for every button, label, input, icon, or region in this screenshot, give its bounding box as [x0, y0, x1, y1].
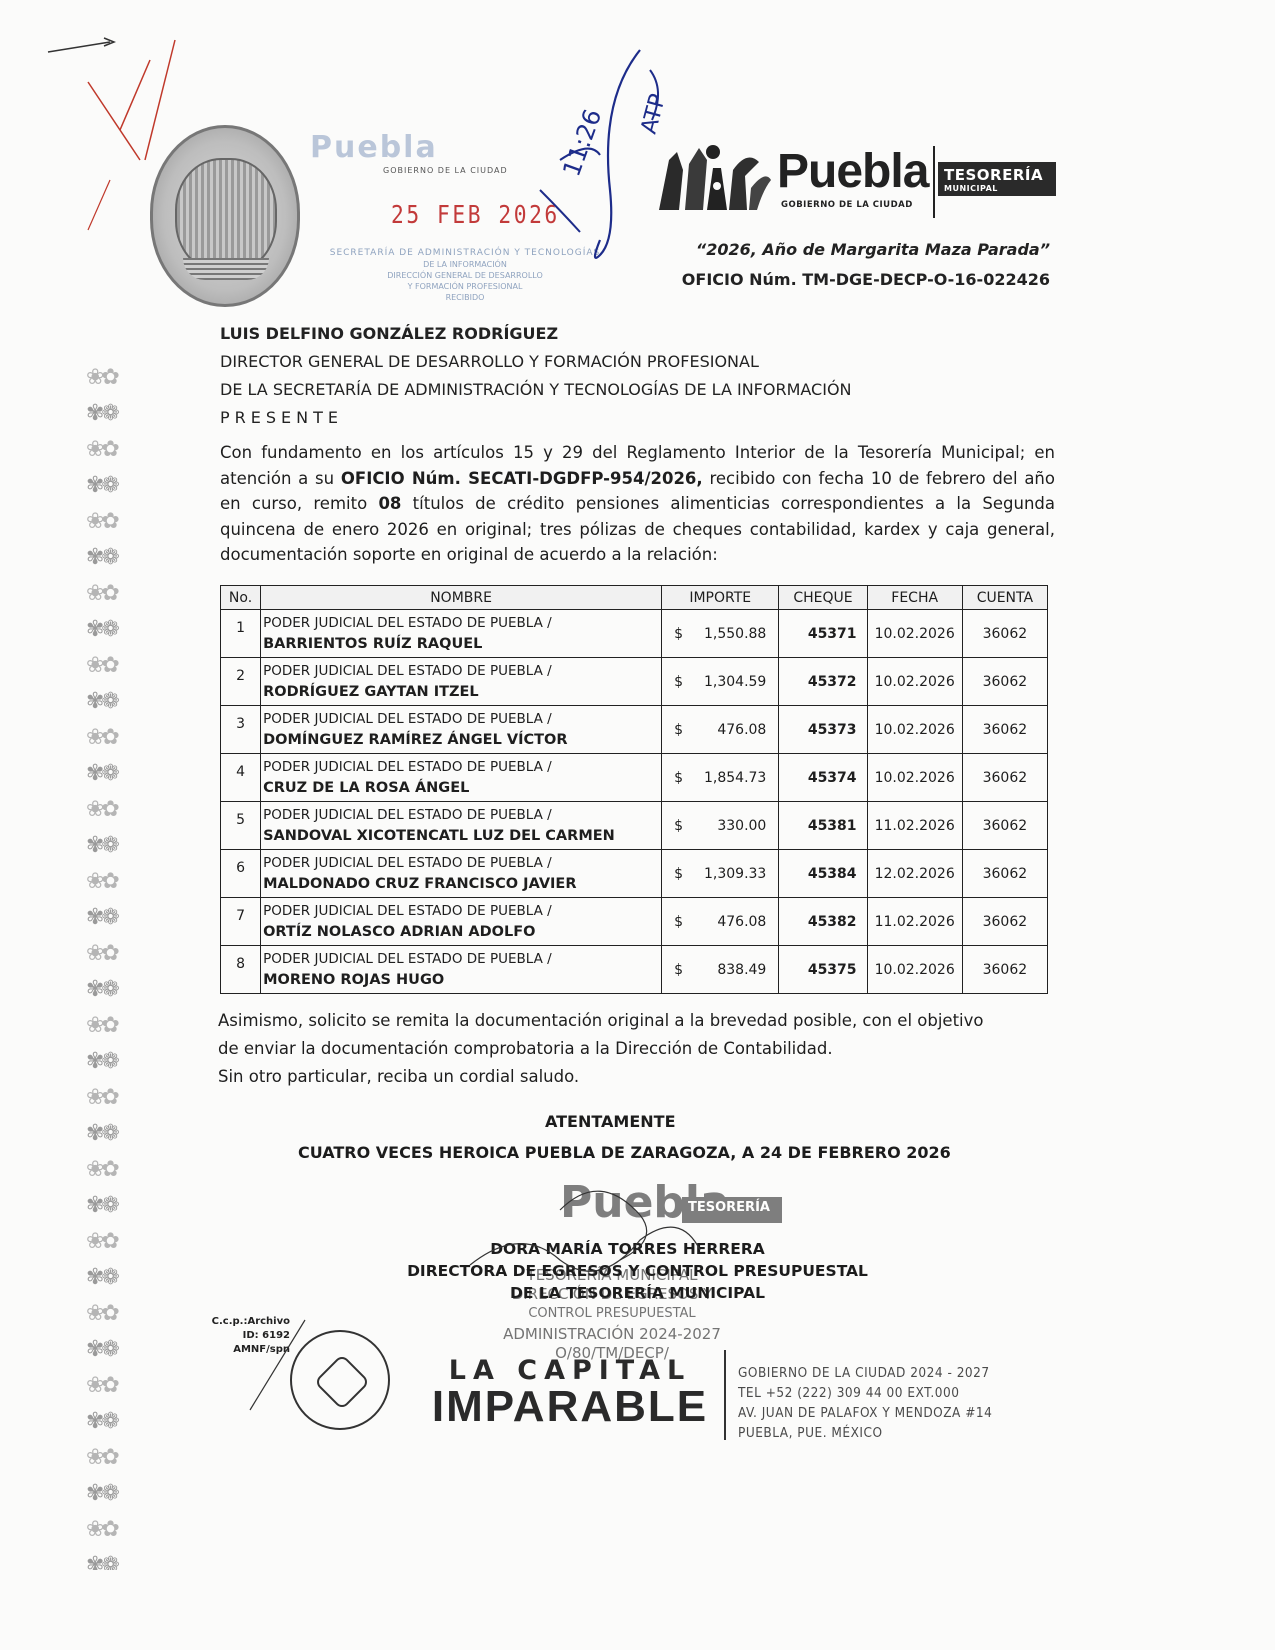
- row-cheque: 45371: [779, 610, 867, 658]
- addressee-title-line1: DIRECTOR GENERAL DE DESARROLLO Y FORMACI…: [220, 348, 852, 376]
- col-importe: IMPORTE: [662, 586, 779, 610]
- row-importe: $838.49: [662, 946, 779, 994]
- row-fecha: 11.02.2026: [867, 802, 962, 850]
- row-number: 1: [221, 610, 261, 658]
- hexagon-icon: [314, 1354, 371, 1411]
- row-importe: $1,854.73: [662, 754, 779, 802]
- addressee-name: LUIS DELFINO GONZÁLEZ RODRÍGUEZ: [220, 320, 852, 348]
- col-nombre: NOMBRE: [261, 586, 662, 610]
- row-beneficiary: DOMÍNGUEZ RAMÍREZ ÁNGEL VÍCTOR: [263, 730, 659, 751]
- signature-stamp-logo: Puebla TESORERÍA: [450, 1175, 790, 1245]
- footer-contact: GOBIERNO DE LA CIUDAD 2024 - 2027 TEL +5…: [738, 1363, 992, 1443]
- signer-name: DORA MARÍA TORRES HERRERA: [0, 1238, 1275, 1260]
- row-importe: $1,304.59: [662, 658, 779, 706]
- row-importe: $476.08: [662, 706, 779, 754]
- row-number: 8: [221, 946, 261, 994]
- atentamente: ATENTAMENTE: [545, 1112, 676, 1131]
- row-cuenta: 36062: [962, 946, 1047, 994]
- header-logo: Puebla GOBIERNO DE LA CIUDAD TESORERÍA M…: [655, 140, 1055, 220]
- col-fecha: FECHA: [867, 586, 962, 610]
- row-cheque: 45375: [779, 946, 867, 994]
- row-fecha: 11.02.2026: [867, 898, 962, 946]
- title-count: 08: [378, 494, 401, 513]
- row-entity: PODER JUDICIAL DEL ESTADO DE PUEBLA /: [263, 949, 659, 970]
- col-cheque: CHEQUE: [779, 586, 867, 610]
- row-beneficiary: MORENO ROJAS HUGO: [263, 970, 659, 991]
- puebla-emblem-icon: [655, 140, 773, 216]
- row-beneficiary: SANDOVAL XICOTENCATL LUZ DEL CARMEN: [263, 826, 659, 847]
- row-cheque: 45381: [779, 802, 867, 850]
- row-cuenta: 36062: [962, 754, 1047, 802]
- row-cheque: 45372: [779, 658, 867, 706]
- row-fecha: 10.02.2026: [867, 658, 962, 706]
- row-beneficiary: CRUZ DE LA ROSA ÁNGEL: [263, 778, 659, 799]
- row-fecha: 10.02.2026: [867, 946, 962, 994]
- received-stamp-org: GOBIERNO DE LA CIUDAD: [383, 166, 508, 175]
- place-date: CUATRO VECES HEROICA PUEBLA DE ZARAGOZA,…: [298, 1143, 951, 1162]
- row-cheque: 45373: [779, 706, 867, 754]
- row-nombre: PODER JUDICIAL DEL ESTADO DE PUEBLA /BAR…: [261, 610, 662, 658]
- row-cuenta: 36062: [962, 658, 1047, 706]
- row-cuenta: 36062: [962, 706, 1047, 754]
- received-stamp-logo: Puebla: [310, 130, 438, 165]
- row-number: 4: [221, 754, 261, 802]
- oficio-number: OFICIO Núm. TM-DGE-DECP-O-16-022426: [682, 270, 1050, 289]
- norma-mexicana-seal: [290, 1330, 390, 1430]
- row-beneficiary: RODRÍGUEZ GAYTAN ITZEL: [263, 682, 659, 703]
- tesoreria-badge: TESORERÍA MUNICIPAL: [938, 162, 1056, 196]
- table-row: 2PODER JUDICIAL DEL ESTADO DE PUEBLA /RO…: [221, 658, 1048, 706]
- signer-title-line1: DIRECTORA DE EGRESOS Y CONTROL PRESUPUES…: [0, 1260, 1275, 1282]
- table-row: 4PODER JUDICIAL DEL ESTADO DE PUEBLA /CR…: [221, 754, 1048, 802]
- row-nombre: PODER JUDICIAL DEL ESTADO DE PUEBLA /SAN…: [261, 802, 662, 850]
- row-importe: $476.08: [662, 898, 779, 946]
- row-number: 5: [221, 802, 261, 850]
- addressee-block: LUIS DELFINO GONZÁLEZ RODRÍGUEZ DIRECTOR…: [220, 320, 852, 432]
- closing-paragraph: Asimismo, solicito se remita la document…: [218, 1007, 1058, 1091]
- row-nombre: PODER JUDICIAL DEL ESTADO DE PUEBLA /MOR…: [261, 946, 662, 994]
- ccp-block: C.c.p.:Archivo ID: 6192 AMNF/spn: [210, 1315, 290, 1357]
- row-nombre: PODER JUDICIAL DEL ESTADO DE PUEBLA /ORT…: [261, 898, 662, 946]
- table-row: 3PODER JUDICIAL DEL ESTADO DE PUEBLA /DO…: [221, 706, 1048, 754]
- row-importe: $330.00: [662, 802, 779, 850]
- row-fecha: 12.02.2026: [867, 850, 962, 898]
- signer-title-line2: DE LA TESORERÍA MUNICIPAL: [0, 1282, 1275, 1304]
- received-stamp-lines: SECRETARÍA DE ADMINISTRACIÓN Y TECNOLOGÍ…: [305, 248, 625, 303]
- row-cuenta: 36062: [962, 802, 1047, 850]
- row-entity: PODER JUDICIAL DEL ESTADO DE PUEBLA /: [263, 805, 659, 826]
- svg-text:ATP: ATP: [637, 91, 672, 136]
- row-nombre: PODER JUDICIAL DEL ESTADO DE PUEBLA /CRU…: [261, 754, 662, 802]
- col-cuenta: CUENTA: [962, 586, 1047, 610]
- row-number: 6: [221, 850, 261, 898]
- header-logo-divider: [933, 146, 935, 218]
- table-row: 7PODER JUDICIAL DEL ESTADO DE PUEBLA /OR…: [221, 898, 1048, 946]
- row-cuenta: 36062: [962, 898, 1047, 946]
- row-fecha: 10.02.2026: [867, 706, 962, 754]
- row-number: 7: [221, 898, 261, 946]
- row-number: 3: [221, 706, 261, 754]
- footer-divider: [724, 1350, 726, 1440]
- row-nombre: PODER JUDICIAL DEL ESTADO DE PUEBLA /ROD…: [261, 658, 662, 706]
- col-no: No.: [221, 586, 261, 610]
- body-paragraph: Con fundamento en los artículos 15 y 29 …: [220, 440, 1055, 568]
- table-row: 5PODER JUDICIAL DEL ESTADO DE PUEBLA /SA…: [221, 802, 1048, 850]
- row-entity: PODER JUDICIAL DEL ESTADO DE PUEBLA /: [263, 853, 659, 874]
- addressee-title-line2: DE LA SECRETARÍA DE ADMINISTRACIÓN Y TEC…: [220, 376, 852, 404]
- signer-block: DORA MARÍA TORRES HERRERA DIRECTORA DE E…: [0, 1238, 1275, 1304]
- year-motto: “2026, Año de Margarita Maza Parada”: [696, 240, 1050, 259]
- row-number: 2: [221, 658, 261, 706]
- row-entity: PODER JUDICIAL DEL ESTADO DE PUEBLA /: [263, 901, 659, 922]
- row-nombre: PODER JUDICIAL DEL ESTADO DE PUEBLA /MAL…: [261, 850, 662, 898]
- presente: PRESENTE: [220, 404, 852, 432]
- row-nombre: PODER JUDICIAL DEL ESTADO DE PUEBLA /DOM…: [261, 706, 662, 754]
- row-entity: PODER JUDICIAL DEL ESTADO DE PUEBLA /: [263, 661, 659, 682]
- table-row: 1PODER JUDICIAL DEL ESTADO DE PUEBLA /BA…: [221, 610, 1048, 658]
- row-importe: $1,309.33: [662, 850, 779, 898]
- row-fecha: 10.02.2026: [867, 754, 962, 802]
- row-cheque: 45384: [779, 850, 867, 898]
- row-importe: $1,550.88: [662, 610, 779, 658]
- table-header-row: No. NOMBRE IMPORTE CHEQUE FECHA CUENTA: [221, 586, 1048, 610]
- city-seal: [150, 125, 300, 307]
- slogan: LA CAPITAL IMPARABLE: [420, 1355, 720, 1432]
- received-date: 25 FEB 2026: [391, 200, 560, 229]
- checks-table: No. NOMBRE IMPORTE CHEQUE FECHA CUENTA 1…: [220, 585, 1048, 994]
- row-entity: PODER JUDICIAL DEL ESTADO DE PUEBLA /: [263, 613, 659, 634]
- row-cuenta: 36062: [962, 610, 1047, 658]
- row-beneficiary: BARRIENTOS RUÍZ RAQUEL: [263, 634, 659, 655]
- row-entity: PODER JUDICIAL DEL ESTADO DE PUEBLA /: [263, 709, 659, 730]
- row-fecha: 10.02.2026: [867, 610, 962, 658]
- header-logo-subtitle: GOBIERNO DE LA CIUDAD: [781, 200, 913, 210]
- row-cheque: 45374: [779, 754, 867, 802]
- row-beneficiary: ORTÍZ NOLASCO ADRIAN ADOLFO: [263, 922, 659, 943]
- reference-oficio: OFICIO Núm. SECATI-DGDFP-954/2026,: [341, 469, 703, 488]
- received-stamp: Puebla GOBIERNO DE LA CIUDAD 25 FEB 2026…: [305, 130, 625, 320]
- row-beneficiary: MALDONADO CRUZ FRANCISCO JAVIER: [263, 874, 659, 895]
- row-cuenta: 36062: [962, 850, 1047, 898]
- row-entity: PODER JUDICIAL DEL ESTADO DE PUEBLA /: [263, 757, 659, 778]
- table-row: 6PODER JUDICIAL DEL ESTADO DE PUEBLA /MA…: [221, 850, 1048, 898]
- decorative-border: ❀✿✾❁❀✿✾❁❀✿✾❁❀✿✾❁ ❀✿✾❁❀✿✾❁❀✿✾❁❀✿✾❁ ❀✿✾❁❀✿…: [86, 360, 142, 1570]
- table-row: 8PODER JUDICIAL DEL ESTADO DE PUEBLA /MO…: [221, 946, 1048, 994]
- header-logo-word: Puebla: [777, 144, 928, 199]
- row-cheque: 45382: [779, 898, 867, 946]
